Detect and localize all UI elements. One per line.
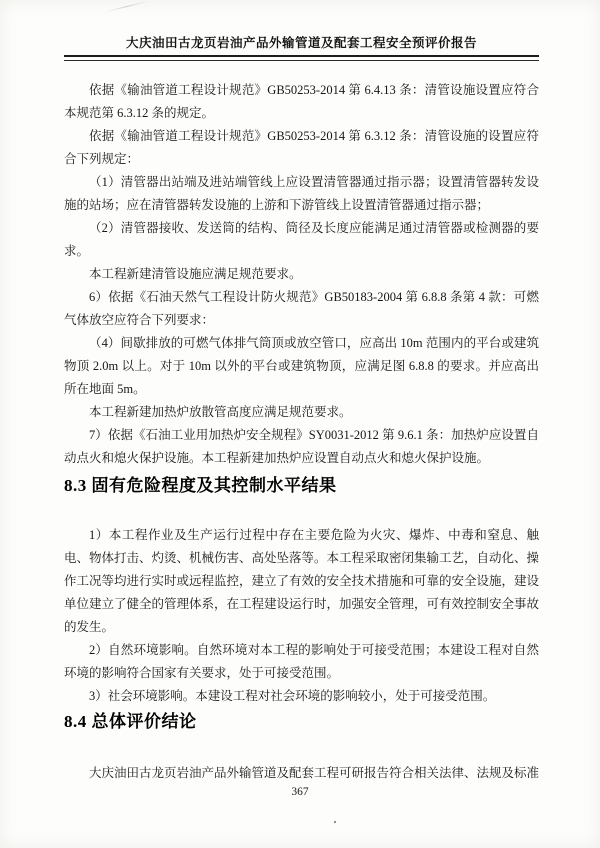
scanned-document-page: 大庆油田古龙页岩油产品外输管道及配套工程安全预评价报告 依据《输油管道工程设计规… bbox=[0, 0, 600, 848]
section-heading-8-4: 8.4 总体评价结论 bbox=[64, 710, 539, 734]
section-heading-8-3: 8.3 固有危险程度及其控制水平结果 bbox=[64, 474, 539, 498]
page-number: 367 bbox=[0, 786, 600, 798]
paragraph-natural-env: 2）自然环境影响。自然环境对本工程的影响处于可接受范围；本建设工程对自然环境的影… bbox=[64, 639, 539, 685]
scan-speckle bbox=[334, 821, 336, 823]
scan-smudge bbox=[105, 0, 150, 12]
paragraph-pigging-conclusion: 本工程新建清管设施应满足规范要求。 bbox=[64, 263, 539, 286]
header-double-rule bbox=[64, 55, 539, 61]
paragraph-clause-6312: 依据《输油管道工程设计规范》GB50253-2014 第 6.3.12 条：清管… bbox=[64, 125, 539, 171]
paragraph-risk-summary: 1）本工程作业及生产运行过程中存在主要危险为火灾、爆炸、中毒和窒息、触电、物体打… bbox=[64, 524, 539, 639]
paragraph-heater-vent: 本工程新建加热炉放散管高度应满足规范要求。 bbox=[64, 401, 539, 424]
paragraph-item-2: （2）清管器接收、发送筒的结构、筒径及长度应能满足通过清管器或检测器的要求。 bbox=[64, 217, 539, 263]
paragraph-item-4: （4）间歇排放的可燃气体排气筒顶或放空管口，应高出 10m 范围内的平台或建筑物… bbox=[64, 332, 539, 401]
paragraph-clause-6413: 依据《输油管道工程设计规范》GB50253-2014 第 6.4.13 条：清管… bbox=[64, 79, 539, 125]
document-body: 依据《输油管道工程设计规范》GB50253-2014 第 6.4.13 条：清管… bbox=[64, 79, 539, 785]
paragraph-clause-6: 6）依据《石油天然气工程设计防火规范》GB50183-2004 第 6.8.8 … bbox=[64, 286, 539, 332]
running-header-title: 大庆油田古龙页岩油产品外输管道及配套工程安全预评价报告 bbox=[64, 33, 539, 51]
paragraph-social-env: 3）社会环境影响。本建设工程对社会环境的影响较小，处于可接受范围。 bbox=[64, 685, 539, 708]
paragraph-overall-conclusion: 大庆油田古龙页岩油产品外输管道及配套工程可研报告符合相关法律、法规及标准 bbox=[64, 762, 539, 785]
paragraph-item-1: （1）清管器出站端及进站端管线上应设置清管器通过指示器；设置清管器转发设施的站场… bbox=[64, 171, 539, 217]
paragraph-clause-7: 7）依据《石油工业用加热炉安全规程》SY0031-2012 第 9.6.1 条：… bbox=[64, 424, 539, 470]
